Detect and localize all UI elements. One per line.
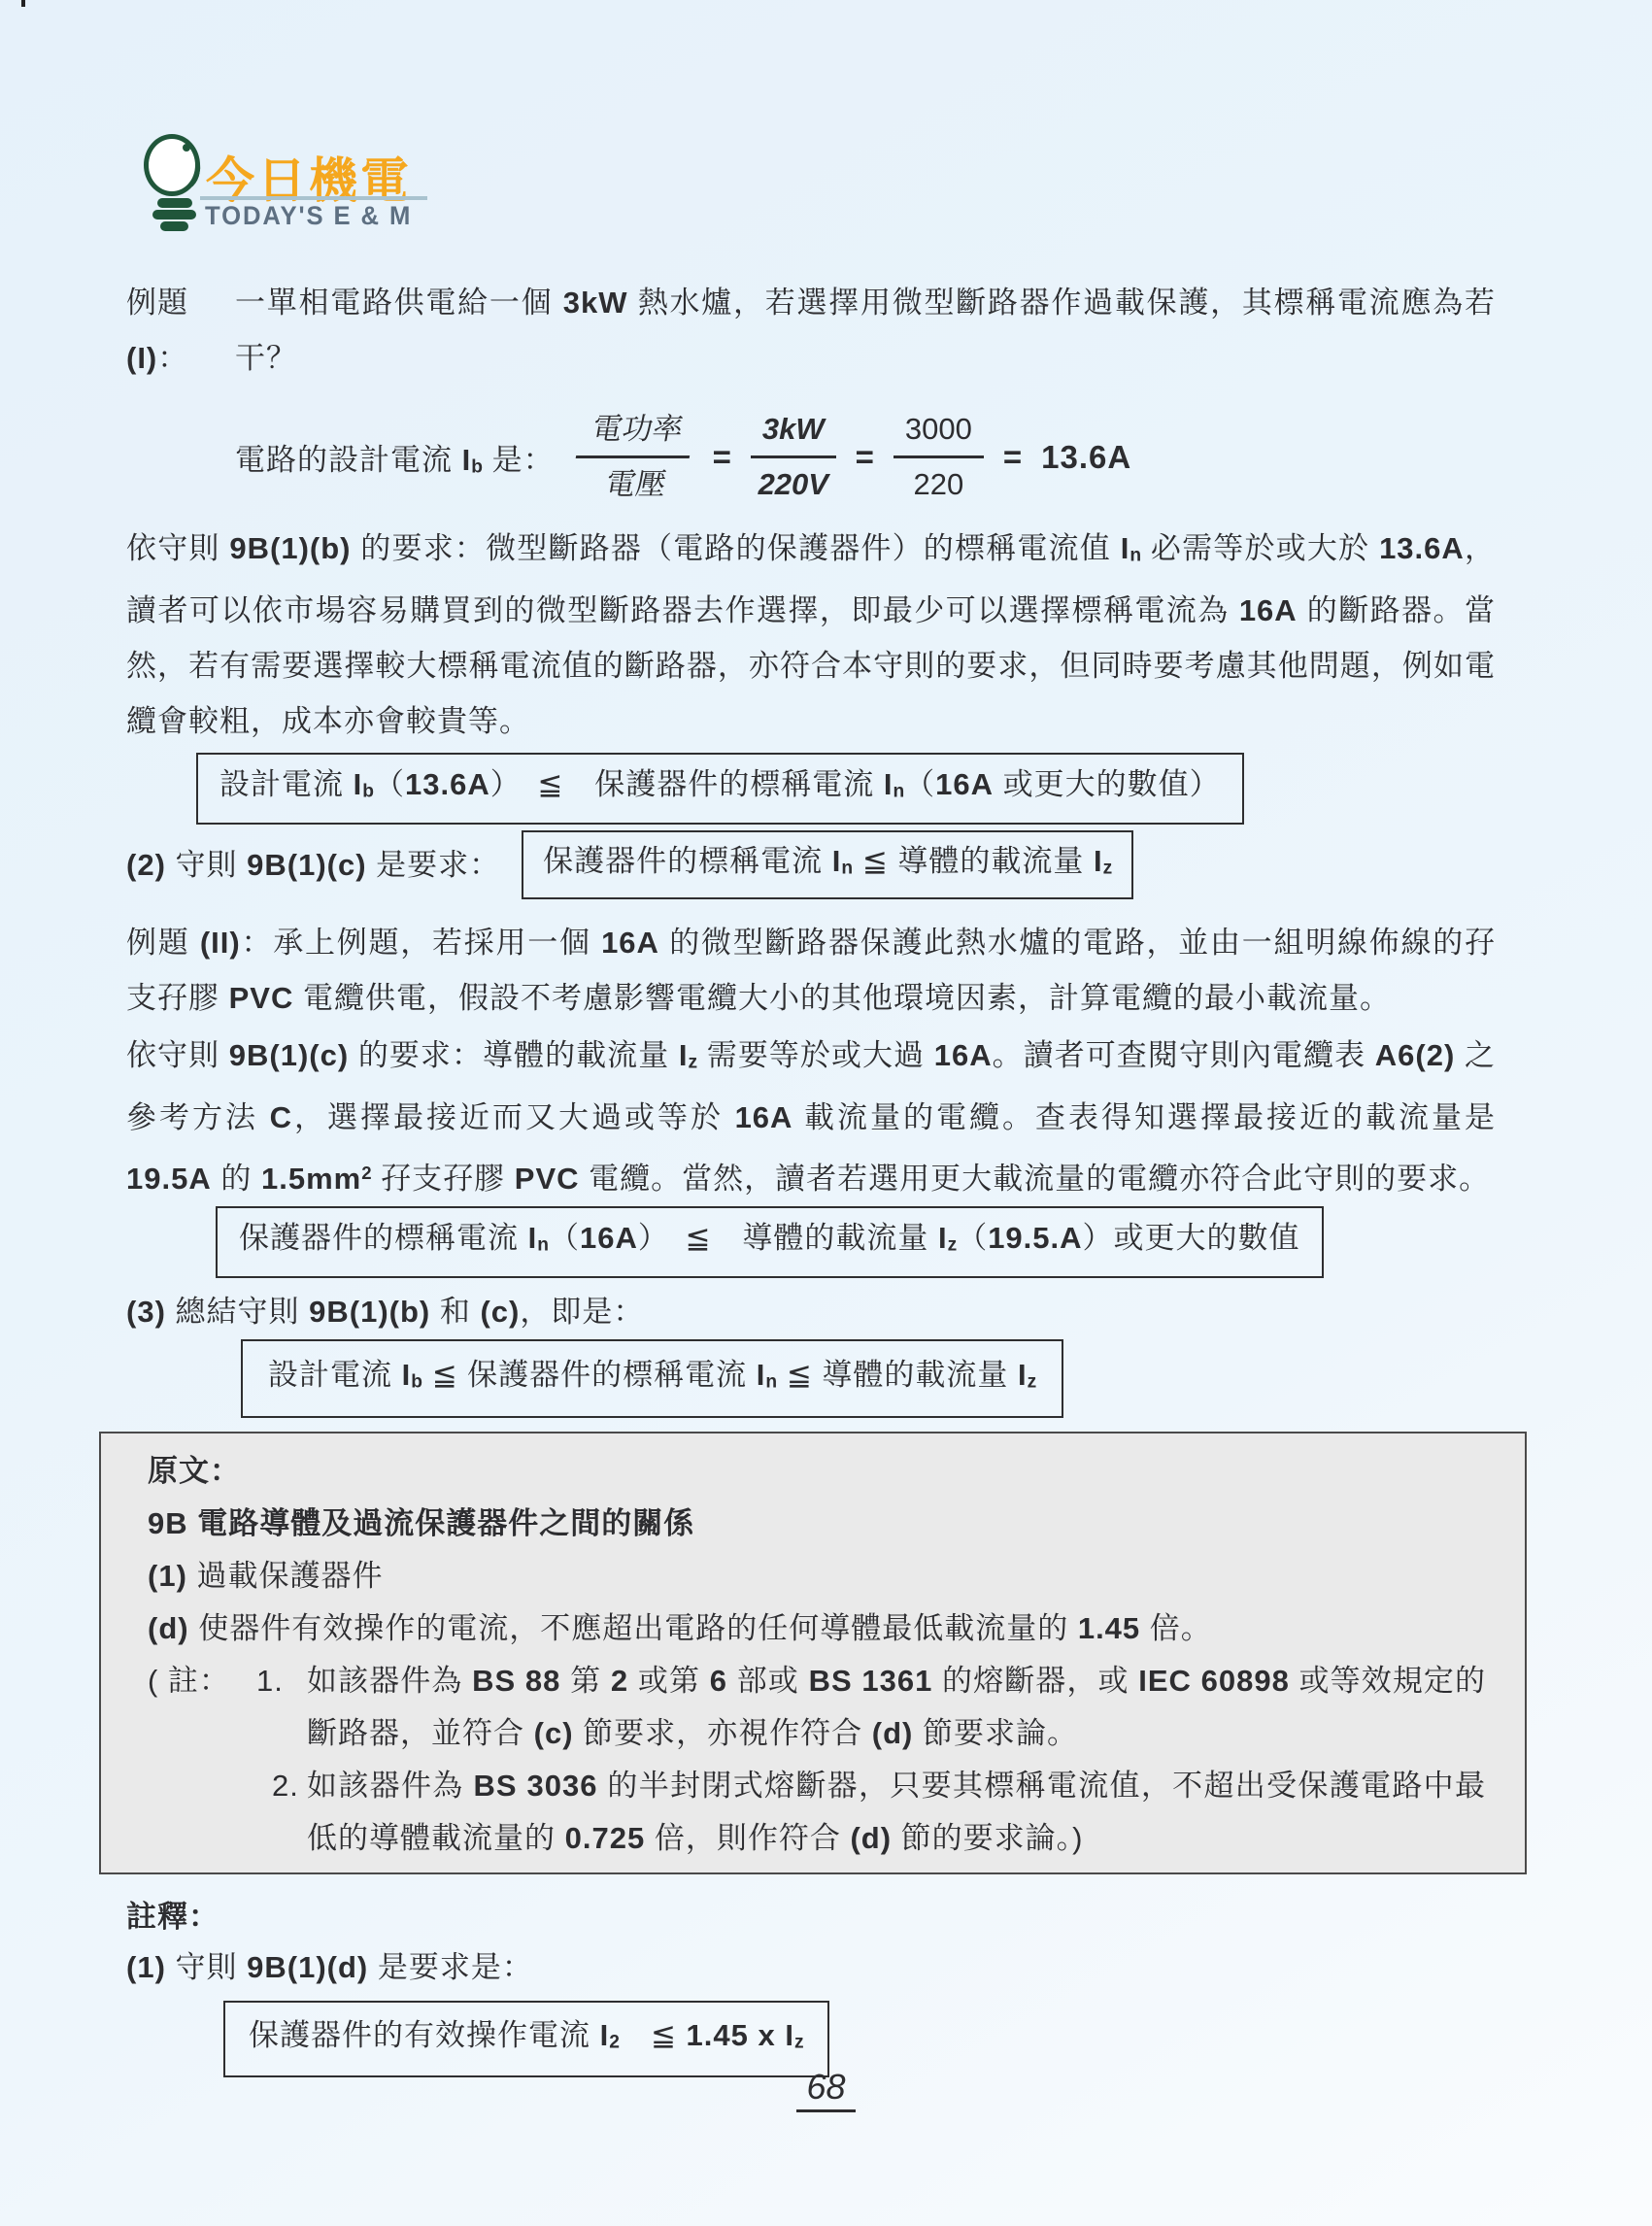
article-body: 例題 (I)： 一單相電路供電給一個 3kW 熱水爐，若選擇用微型斷路器作過載保… [126, 275, 1496, 2077]
note-label: ( 註： [148, 1655, 256, 1760]
example1-paragraph: 例題 (I)： 一單相電路供電給一個 3kW 熱水爐，若選擇用微型斷路器作過載保… [126, 275, 1496, 386]
rule-9b1b-paragraph: 依守則 9B(1)(b) 的要求：微型斷路器（電路的保護器件）的標稱電流值 In… [126, 521, 1496, 749]
equals-sign: = [1003, 439, 1022, 476]
rule2-text: (2) 守則 9B(1)(c) 是要求： [126, 837, 500, 893]
rule-box-design-current: 設計電流 Ib（13.6A） ≦ 保護器件的標稱電流 In（16A 或更大的數值… [196, 753, 1244, 824]
page-number: 68 [796, 2067, 855, 2112]
example1-label: 例題 (I)： [126, 275, 235, 386]
fraction-numerator: 3000 [893, 411, 984, 458]
section-9b-heading: 9B 電路導體及過流保護器件之間的關係 [148, 1498, 1486, 1550]
fraction-numerator: 電功率 [575, 411, 697, 458]
note-number: 2. [256, 1760, 307, 1865]
clause-d-item: (d) 使器件有效操作的電流，不應超出電路的任何導體最低載流量的 1.45 倍。 [148, 1602, 1486, 1655]
rule-9b1c-paragraph: 依守則 9B(1)(c) 的要求：導體的載流量 Iz 需要等於或大過 16A。讀… [126, 1028, 1496, 1207]
note-number: 1. [256, 1655, 307, 1760]
fraction-denominator: 電壓 [576, 458, 697, 503]
note-item-1: ( 註： 1. 如該器件為 BS 88 第 2 或第 6 部或 BS 1361 … [148, 1655, 1486, 1760]
annotation-line: (1) 守則 9B(1)(d) 是要求是： [126, 1942, 1496, 1993]
note-item-2: 2. 如該器件為 BS 3036 的半封閉式熔斷器，只要其標稱電流值，不超出受保… [148, 1760, 1486, 1865]
page-footer: 68 [0, 2067, 1652, 2108]
note1-text: 如該器件為 BS 88 第 2 或第 6 部或 BS 1361 的熔斷器，或 I… [307, 1655, 1486, 1760]
rule-box-nominal-current: 保護器件的標稱電流 In ≦ 導體的載流量 Iz [522, 830, 1133, 899]
masthead-rule [200, 196, 427, 200]
bulb-base-stripe [157, 198, 192, 208]
example2-paragraph: 例題 (II)：承上例題，若採用一個 16A 的微型斷路器保護此熱水爐的電路，並… [126, 915, 1496, 1026]
note-label-spacer [148, 1760, 256, 1865]
bulb-base-stripe [160, 221, 188, 231]
crop-mark [21, 0, 25, 7]
rule3-line: (3) 總結守則 9B(1)(b) 和 (c)，即是： [126, 1284, 1496, 1339]
fraction-power-voltage: 電功率 電壓 [580, 411, 693, 503]
magazine-subtitle: TODAY'S E & M [205, 201, 412, 231]
overload-device-item: (1) 過載保護器件 [148, 1550, 1486, 1602]
fraction-3000-220: 3000 220 [893, 411, 984, 503]
design-current-formula: 電路的設計電流 Ib 是： 電功率 電壓 = 3kW 220V = 3000 2… [235, 411, 1496, 503]
original-text-title: 原文： [148, 1445, 1486, 1498]
equals-sign: = [856, 439, 874, 476]
fraction-denominator: 220 [893, 458, 984, 503]
rule2-row: (2) 守則 9B(1)(c) 是要求： 保護器件的標稱電流 In ≦ 導體的載… [126, 830, 1496, 899]
original-text-panel: 原文： 9B 電路導體及過流保護器件之間的關係 (1) 過載保護器件 (d) 使… [99, 1432, 1527, 1874]
note2-text: 如該器件為 BS 3036 的半封閉式熔斷器，只要其標稱電流值，不超出受保護電路… [307, 1760, 1486, 1865]
formula-lead: 電路的設計電流 Ib 是： [235, 435, 555, 479]
example1-text: 一單相電路供電給一個 3kW 熱水爐，若選擇用微型斷路器作過載保護，其標稱電流應… [235, 275, 1496, 386]
bulb-base-stripe [152, 210, 196, 219]
formula-result: 13.6A [1041, 439, 1131, 476]
fraction-denominator: 220V [751, 458, 836, 503]
equals-sign: = [713, 439, 731, 476]
rule-box-conductor-capacity: 保護器件的標稱電流 In（16A） ≦ 導體的載流量 Iz（19.5.A）或更大… [216, 1206, 1324, 1277]
annotation-title: 註釋： [126, 1892, 1496, 1942]
magazine-page: 今日機電 TODAY'S E & M 例題 (I)： 一單相電路供電給一個 3k… [0, 0, 1652, 2226]
fraction-3kw-220v: 3kW 220V [751, 411, 836, 503]
rule-box-summary: 設計電流 Ib ≦ 保護器件的標稱電流 In ≦ 導體的載流量 Iz [241, 1339, 1063, 1418]
lightbulb-logo-icon [144, 134, 204, 233]
fraction-numerator: 3kW [751, 411, 836, 458]
